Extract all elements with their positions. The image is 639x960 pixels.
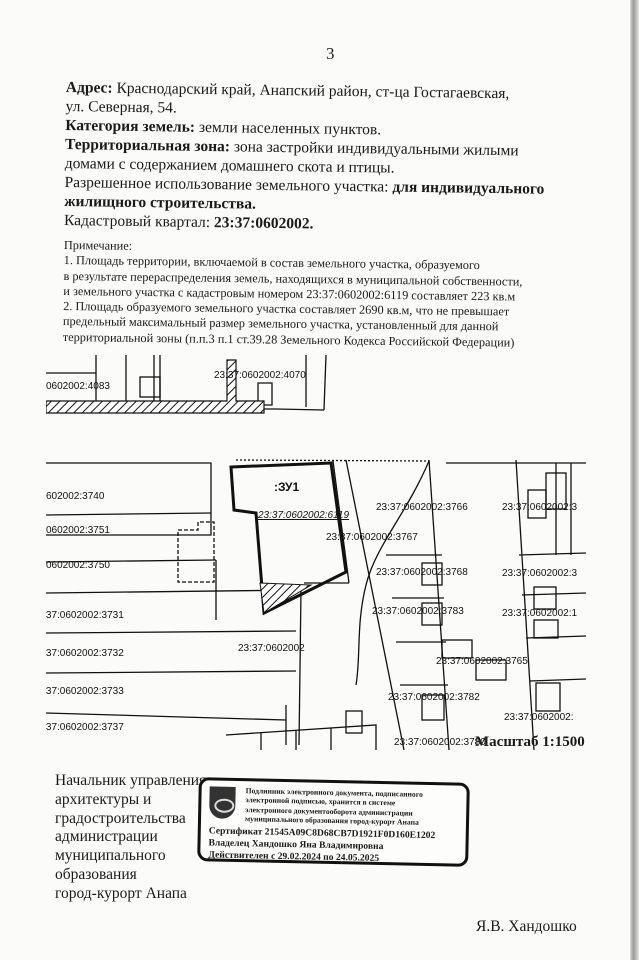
parcel-label: 23:37:0602002:3 [502, 568, 578, 579]
zu1-label: :ЗУ1 [274, 480, 300, 494]
parcel-label: 0602002:3750 [46, 560, 110, 571]
parcel-label: 0602002:3751 [46, 525, 110, 536]
map-scale: Масштаб 1:1500 [475, 734, 585, 751]
parcel-label: 23:37:0602002:3780 [394, 737, 486, 748]
parcel-label: 23:37:0602002:3768 [376, 567, 468, 578]
notes: Примечание: 1. Площадь территории, включ… [63, 238, 584, 351]
parcel-label: 23:37:0602002:4070 [214, 370, 306, 381]
parcel-label: 23:37:0602002:3 [502, 502, 578, 513]
stamp-header: Подлинник электронного документа, подпис… [245, 786, 461, 828]
plot-info: Адрес: Краснодарский край, Анапский райо… [64, 78, 566, 237]
parcel-label: 23:37:0602002: [504, 712, 574, 723]
parcel-label: 23:37:0602002:3767 [326, 532, 418, 543]
parcel-label: 23:37:0602002:3731 [46, 610, 124, 621]
block-label: 23:37:0602002 [238, 643, 305, 654]
document-page: 3 Адрес: Краснодарский край, Анапский ра… [0, 0, 630, 960]
electronic-signature-stamp: Подлинник электронного документа, подпис… [197, 777, 470, 867]
parcel-label: 23:37:0602002:3766 [376, 502, 468, 513]
parcel-label: 23:37:0602002:3765 [436, 656, 528, 667]
parcel-label: 602002:3740 [46, 491, 105, 502]
parcel-label: 23:37:0602002:6119 [257, 510, 349, 521]
parcel-label: 23:37:0602002:1 [502, 608, 578, 619]
parcel-label: 23:37:0602002:3782 [388, 692, 480, 703]
parcel-label: 0602002:4083 [46, 381, 110, 392]
coat-of-arms-icon [209, 786, 236, 819]
signature-name: Я.В. Хандошко [476, 918, 577, 936]
parcel-label: 23:37:0602002:3732 [46, 648, 124, 659]
page-number: 3 [326, 44, 335, 64]
signer-position: Начальник управления архитектуры и градо… [55, 772, 206, 904]
stamp-details: Сертификат 21545A09C8D68CB7D1921F0D160E1… [208, 825, 435, 866]
cadastral-map: 0602002:4083 23:37:0602002:4070 :ЗУ1 23:… [46, 355, 586, 755]
parcel-label: 23:37:0602002:3783 [372, 606, 464, 617]
parcel-label: 23:37:0602002:3733 [46, 686, 124, 697]
scan-edge [630, 0, 639, 960]
parcel-label: 23:37:0602002:3737 [46, 722, 124, 733]
